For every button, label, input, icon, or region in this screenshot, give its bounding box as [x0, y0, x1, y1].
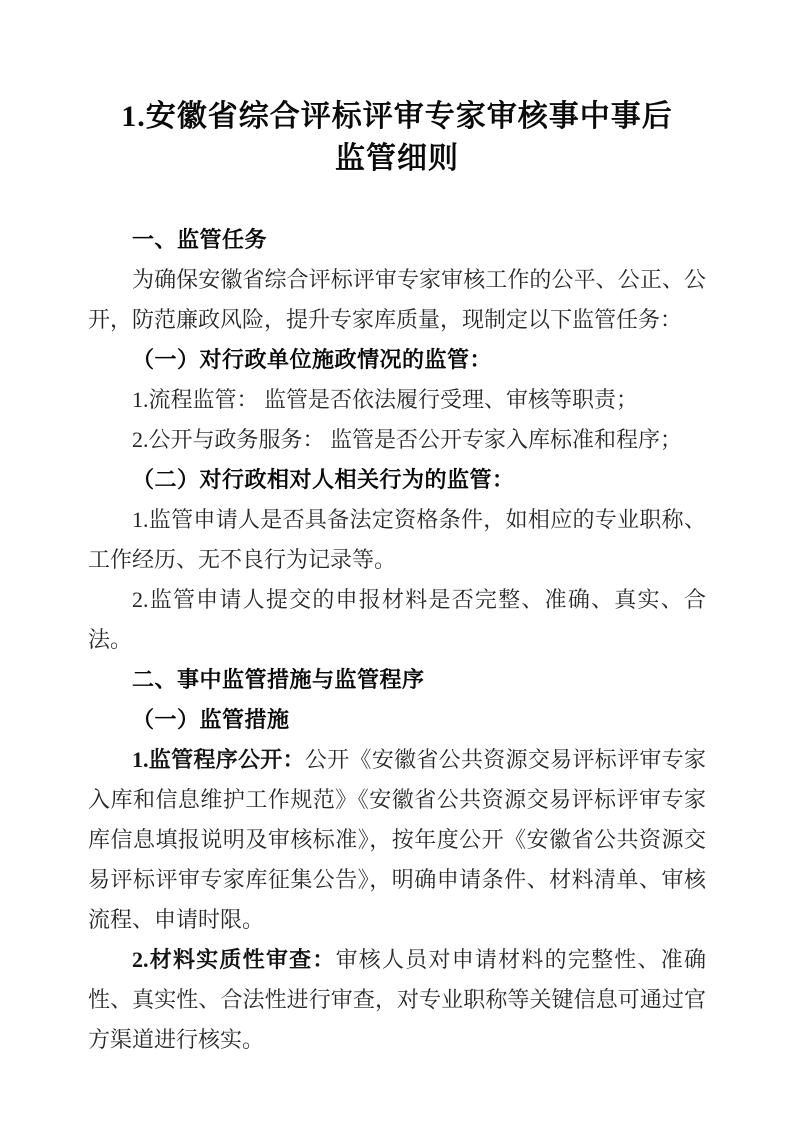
document-title-line1: 1.安徽省综合评标评审专家审核事中事后 [88, 96, 706, 138]
heading-section-one: 一、监管任务 [88, 220, 706, 260]
document-title: 1.安徽省综合评标评审专家审核事中事后 监管细则 [88, 96, 706, 180]
item-application-materials: 2.监管申请人提交的申报材料是否完整、准确、真实、合法。 [88, 580, 706, 660]
item-material-review-label: 2.材料实质性审查： [132, 947, 336, 972]
item-disclosure-service: 2.公开与政务服务： 监管是否公开专家入库标准和程序； [88, 420, 706, 460]
document-page: 1.安徽省综合评标评审专家审核事中事后 监管细则 一、监管任务 为确保安徽省综合… [0, 0, 793, 1122]
heading-admin-unit-supervision: （一）对行政单位施政情况的监管： [88, 340, 706, 380]
item-process-supervision: 1.流程监管： 监管是否依法履行受理、审核等职责； [88, 380, 706, 420]
para-intro: 为确保安徽省综合评标评审专家审核工作的公平、公正、公开，防范廉政风险，提升专家库… [88, 260, 706, 340]
heading-supervision-measures: （一）监管措施 [88, 700, 706, 740]
heading-section-two: 二、事中监管措施与监管程序 [88, 660, 706, 700]
item-procedure-disclosure-text: 公开《安徽省公共资源交易评标评审专家入库和信息维护工作规范》《安徽省公共资源交易… [88, 747, 706, 932]
document-content: 1.安徽省综合评标评审专家审核事中事后 监管细则 一、监管任务 为确保安徽省综合… [88, 96, 706, 1060]
item-procedure-disclosure-label: 1.监管程序公开： [132, 747, 305, 772]
item-applicant-qualification: 1.监管申请人是否具备法定资格条件，如相应的专业职称、工作经历、无不良行为记录等… [88, 500, 706, 580]
heading-counterpart-supervision: （二）对行政相对人相关行为的监管： [88, 460, 706, 500]
item-procedure-disclosure: 1.监管程序公开：公开《安徽省公共资源交易评标评审专家入库和信息维护工作规范》《… [88, 740, 706, 940]
item-material-review: 2.材料实质性审查：审核人员对申请材料的完整性、准确性、真实性、合法性进行审查，… [88, 940, 706, 1060]
document-title-line2: 监管细则 [88, 138, 706, 180]
